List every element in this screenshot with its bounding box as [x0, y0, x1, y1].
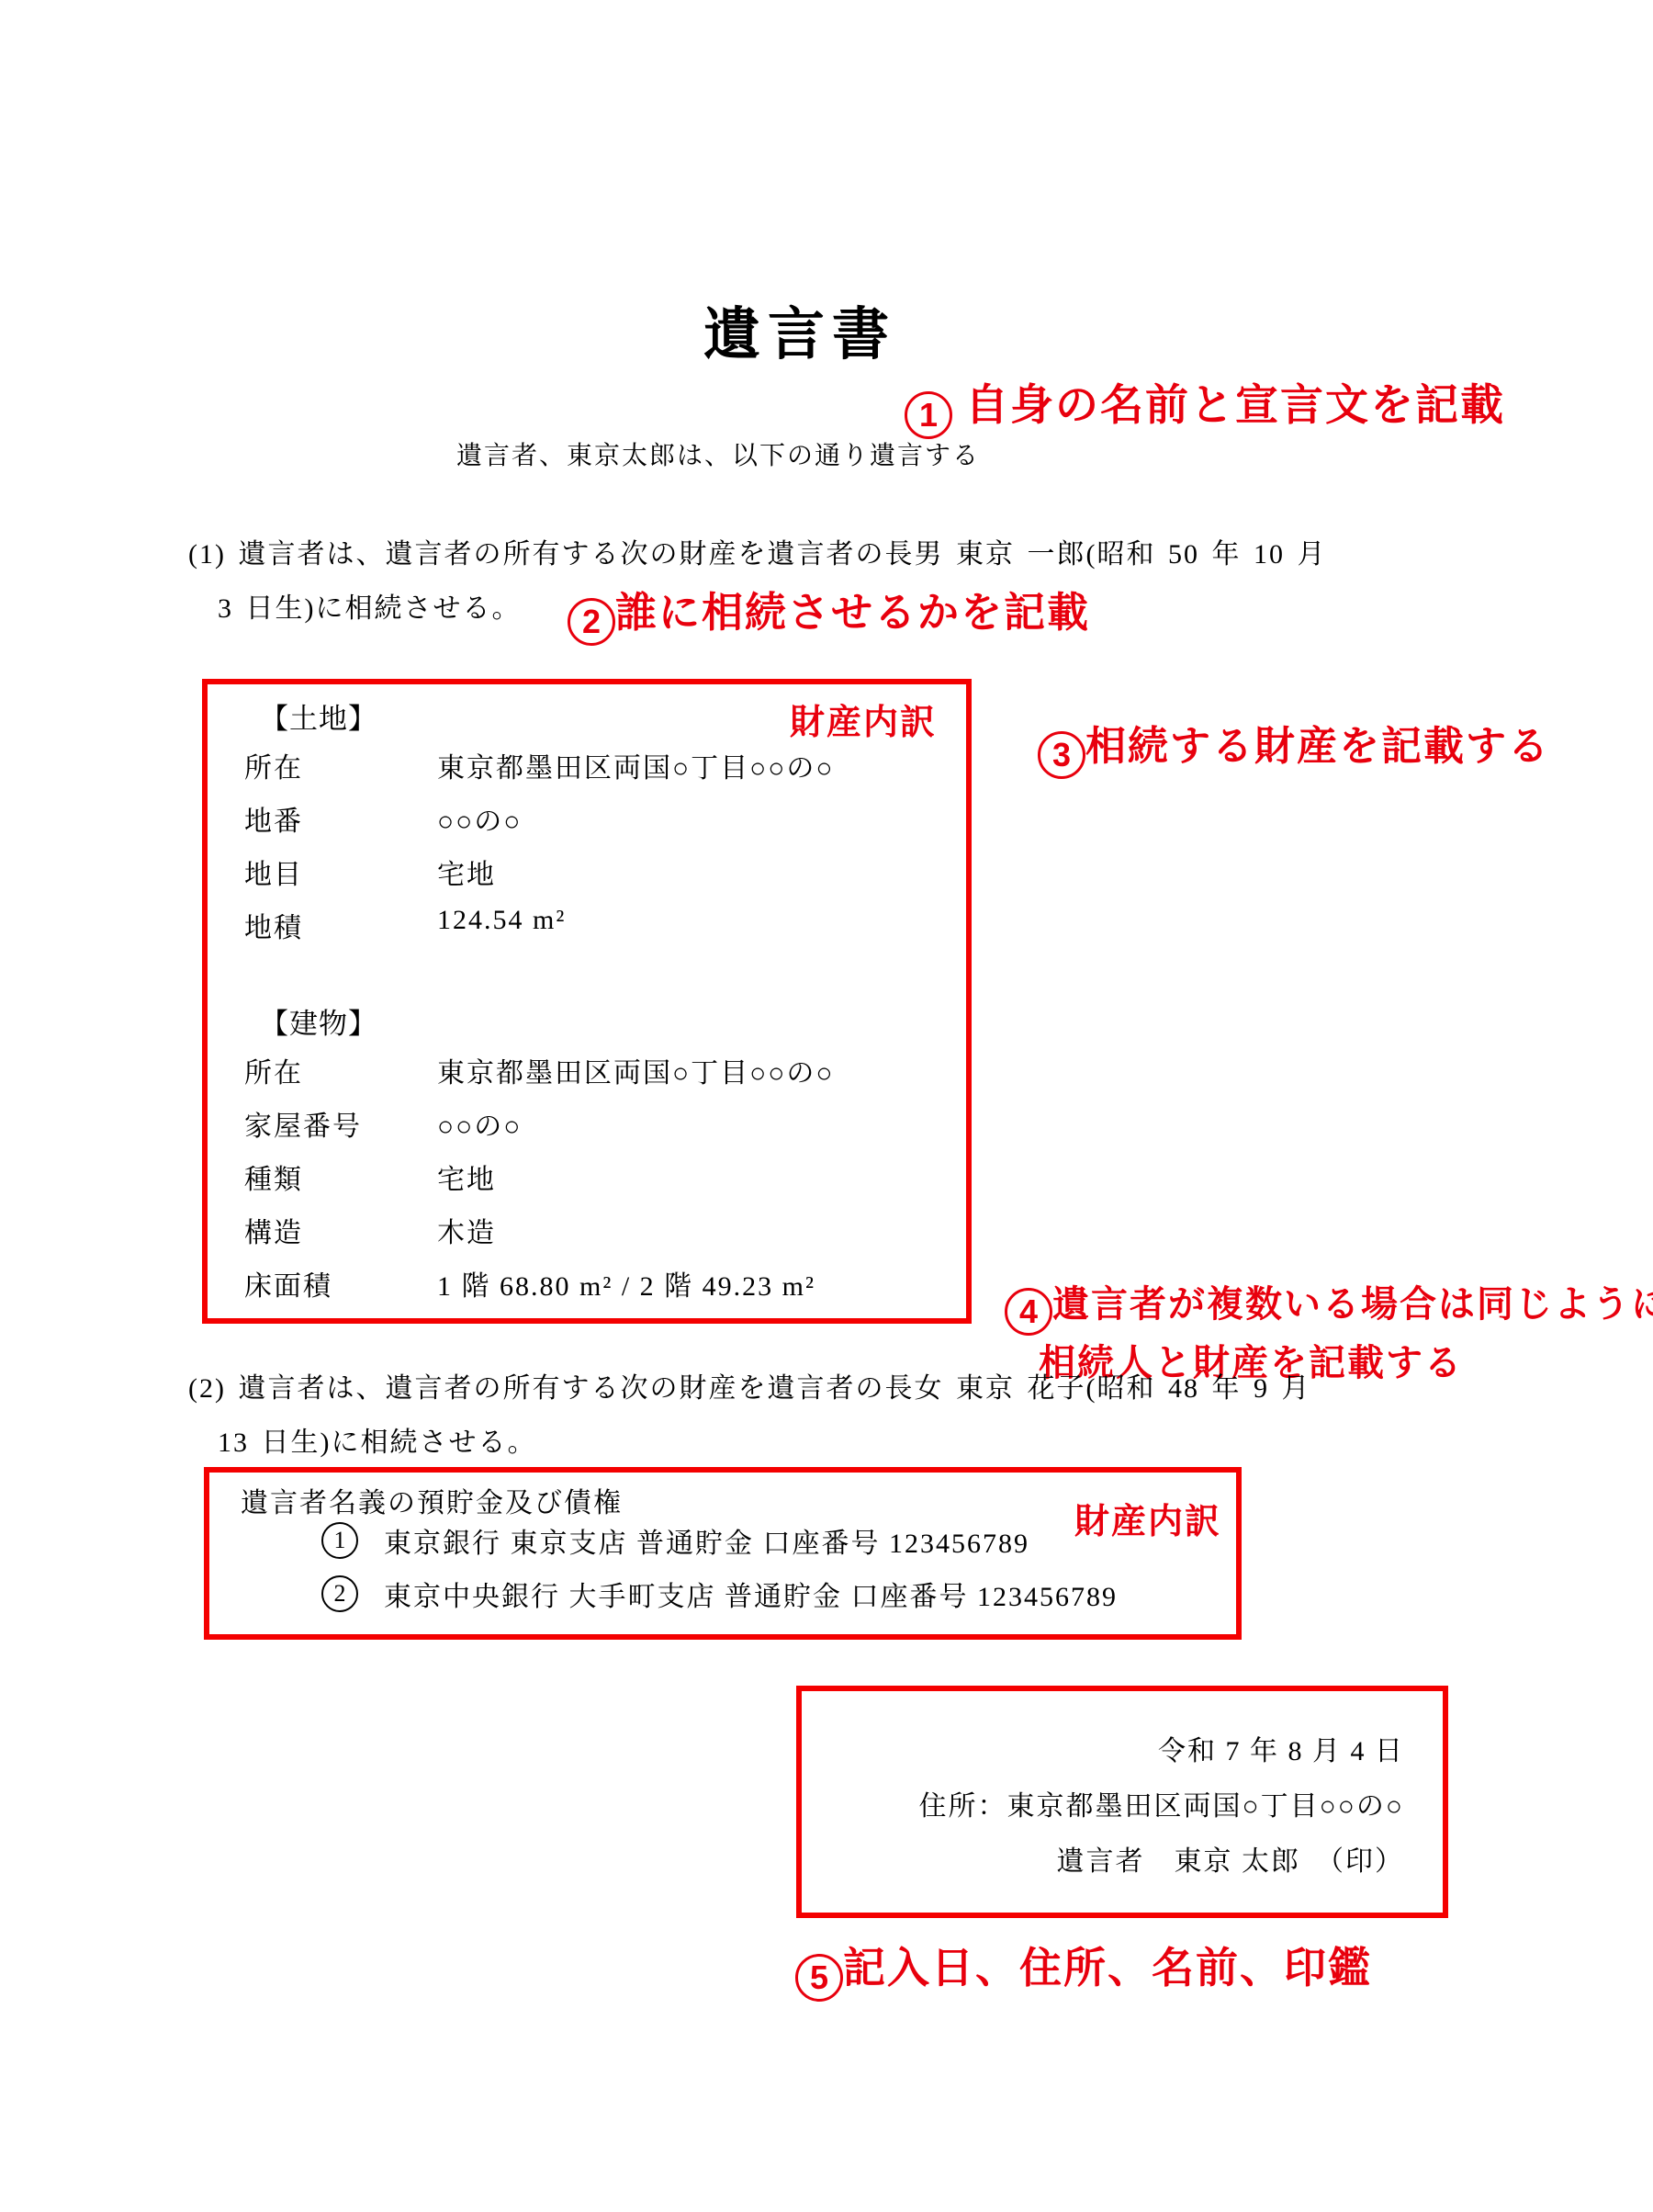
signature-name: 遺言者 東京 太郎 （印） — [802, 1838, 1443, 1879]
land-row-value: ○○の○ — [437, 798, 522, 839]
land-row-label: 地番 — [244, 798, 303, 839]
circled-number-2: 2 — [568, 598, 615, 646]
building-row-value: 東京都墨田区両国○丁目○○の○ — [437, 1050, 834, 1090]
building-heading: 【建物】 — [260, 1000, 377, 1042]
building-row-label: 所在 — [244, 1050, 303, 1090]
annotation-5-text: 記入日、住所、名前、印鑑 — [843, 1944, 1372, 1992]
declaration-line: 遺言者、東京太郎は、以下の通り遺言する — [456, 435, 980, 472]
land-row-label: 所在 — [244, 745, 303, 785]
property-box: 財産内訳 【土地】 所在 東京都墨田区両国○丁目○○の○ 地番 ○○の○ 地目 … — [202, 679, 972, 1324]
building-row-value: ○○の○ — [437, 1103, 522, 1144]
annotation-3-text: 相続する財産を記載する — [1085, 724, 1550, 769]
signature-address: 住所：東京都墨田区両国○丁目○○の○ — [802, 1783, 1443, 1823]
land-row-value: 東京都墨田区両国○丁目○○の○ — [437, 745, 834, 785]
annotation-5: 5記入日、住所、名前、印鑑 — [795, 1935, 1372, 2002]
land-row-label: 地積 — [244, 905, 303, 945]
property-badge: 財産内訳 — [790, 694, 937, 744]
bank-item-text: 東京中央銀行 大手町支店 普通貯金 口座番号 123456789 — [384, 1574, 1118, 1614]
land-row-value: 宅地 — [437, 852, 496, 892]
annotation-2-text: 誰に相続させるかを記載 — [615, 589, 1090, 636]
signature-box: 令和 7 年 8 月 4 日 住所：東京都墨田区両国○丁目○○の○ 遺言者 東京… — [796, 1686, 1448, 1918]
clause-2-line-1: (2) 遺言者は、遺言者の所有する次の財産を遺言者の長女 東京 花子(昭和 48… — [188, 1372, 1310, 1405]
annotation-3: 3相続する財産を記載する — [1038, 713, 1550, 779]
building-row-label: 構造 — [244, 1210, 303, 1250]
bank-item: 2東京中央銀行 大手町支店 普通貯金 口座番号 123456789 — [321, 1574, 1118, 1614]
circled-number-3: 3 — [1038, 731, 1085, 779]
circled-number-4: 4 — [1005, 1288, 1052, 1336]
annotation-1: 1自身の名前と宣言文を記載 — [905, 371, 1505, 439]
bank-box-heading: 遺言者名義の預貯金及び債権 — [241, 1480, 623, 1520]
building-row-label: 家屋番号 — [244, 1103, 362, 1144]
signature-date: 令和 7 年 8 月 4 日 — [802, 1728, 1443, 1768]
annotation-1-text: 自身の名前と宣言文を記載 — [965, 380, 1505, 429]
building-row-label: 種類 — [244, 1157, 303, 1197]
annotation-4-text-1: 遺言者が複数いる場合は同じように — [1052, 1284, 1653, 1325]
circled-number-bank-1: 1 — [321, 1522, 358, 1559]
building-row-label: 床面積 — [244, 1263, 332, 1303]
land-row-value: 124.54 m² — [437, 905, 566, 936]
circled-number-bank-2: 2 — [321, 1575, 358, 1612]
annotation-4-line-1: 4遺言者が複数いる場合は同じように — [1005, 1275, 1653, 1336]
annotation-2: 2誰に相続させるかを記載 — [568, 579, 1090, 646]
document-title: 遺言書 — [588, 288, 1012, 370]
building-row-value: 宅地 — [437, 1157, 496, 1197]
bank-item: 1東京銀行 東京支店 普通貯金 口座番号 123456789 — [321, 1520, 1029, 1561]
will-document-page: 遺言書 1自身の名前と宣言文を記載 遺言者、東京太郎は、以下の通り遺言する (1… — [0, 0, 1653, 2212]
building-row-value: 1 階 68.80 m² / 2 階 49.23 m² — [437, 1263, 815, 1303]
circled-number-5: 5 — [795, 1954, 843, 2002]
bank-badge: 財産内訳 — [1074, 1493, 1221, 1543]
land-row-label: 地目 — [244, 852, 303, 892]
bank-item-text: 東京銀行 東京支店 普通貯金 口座番号 123456789 — [384, 1520, 1029, 1561]
building-row-value: 木造 — [437, 1210, 496, 1250]
circled-number-1: 1 — [905, 391, 952, 439]
clause-1-line-2: 3 日生)に相続させる。 — [218, 592, 522, 626]
bank-box: 遺言者名義の預貯金及び債権 財産内訳 1東京銀行 東京支店 普通貯金 口座番号 … — [204, 1467, 1242, 1640]
land-heading: 【土地】 — [260, 695, 377, 737]
clause-1-line-1: (1) 遺言者は、遺言者の所有する次の財産を遺言者の長男 東京 一郎(昭和 50… — [188, 538, 1326, 571]
clause-2-line-2: 13 日生)に相続させる。 — [218, 1427, 537, 1460]
